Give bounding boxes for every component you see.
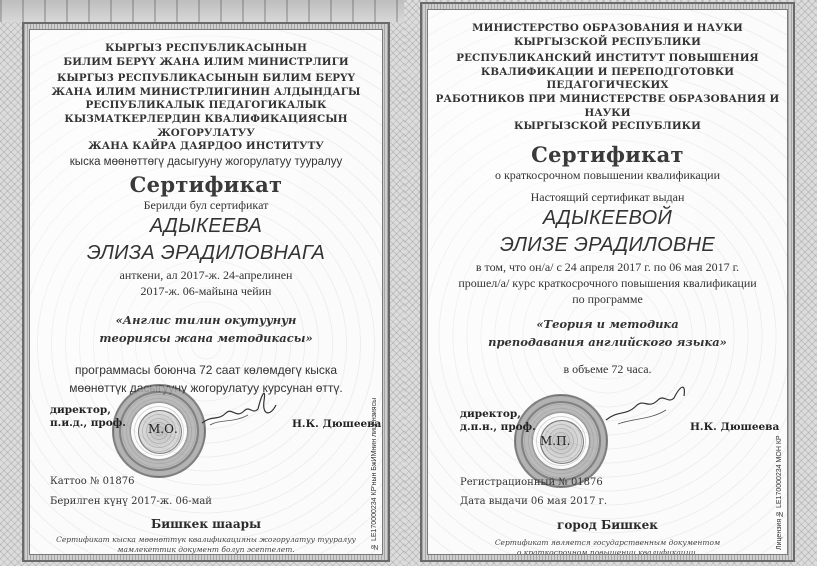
- stamp-label: М.П.: [540, 434, 570, 448]
- institute-header: РЕСПУБЛИКАНСКИЙ ИНСТИТУТ ПОВЫШЕНИЯ КВАЛИ…: [428, 52, 787, 134]
- course-line: прошел/а/ курс краткосрочного повышения …: [428, 275, 787, 291]
- certificate-body: КЫРГЫЗ РЕСПУБЛИКАСЫНЫН БИЛИМ БЕРҮҮ ЖАНА …: [29, 29, 383, 555]
- signature-icon: [604, 380, 694, 430]
- course-volume: в объеме 72 часа.: [428, 361, 787, 377]
- issued-to-label: Настоящий сертификат выдан: [428, 189, 787, 205]
- header-line: КЫРГЫЗСКОЙ РЕСПУБЛИКИ: [428, 36, 787, 50]
- period-end: 2017-ж. 06-майына чейин: [30, 283, 382, 299]
- issue-date: Дата выдачи 06 мая 2017 г.: [460, 496, 607, 507]
- certificate-russian: МИНИСТЕРСТВО ОБРАЗОВАНИЯ И НАУКИ КЫРГЫЗС…: [404, 0, 817, 566]
- footnote-line: о краткосрочном повышении квалификации.: [428, 548, 787, 555]
- institute-line: РАБОТНИКОВ ПРИ МИНИСТЕРСТВЕ ОБРАЗОВАНИЯ …: [428, 93, 787, 120]
- signatory-name: Н.К. Дюшеева: [292, 418, 381, 431]
- footnote-line: Сертификат кыска мөөнөттүк квалификациян…: [30, 535, 382, 545]
- certificate-kyrgyz: КЫРГЫЗ РЕСПУБЛИКАСЫНЫН БИЛИМ БЕРҮҮ ЖАНА …: [0, 0, 404, 566]
- institute-line: ЖАНА КАЙРА ДАЯРДОО ИНСТИТУТУ: [30, 140, 382, 154]
- signatory-title: директор, д.п.н., проф.: [460, 408, 536, 434]
- certificate-subtitle: о краткосрочном повышении квалификации: [428, 167, 787, 183]
- certificate-subtitle: кыска мөөнөттөгү дасыгууну жогорулатуу т…: [30, 156, 382, 168]
- institute-header: КЫРГЫЗ РЕСПУБЛИКАСЫНЫН БИЛИМ БЕРҮҮ ЖАНА …: [30, 72, 382, 154]
- legal-footnote: Сертификат кыска мөөнөттүк квалификациян…: [30, 535, 382, 555]
- certificate-title: Сертификат: [428, 142, 787, 167]
- institute-line: РЕСПУБЛИКАНСКИЙ ИНСТИТУТ ПОВЫШЕНИЯ: [428, 52, 787, 66]
- recipient-given-names: ЭЛИЗА ЭРАДИЛОВНАГА: [30, 240, 382, 267]
- institute-line: КВАЛИФИКАЦИИ И ПЕРЕПОДГОТОВКИ ПЕДАГОГИЧЕ…: [428, 66, 787, 93]
- signatory-position: директор,: [460, 408, 536, 421]
- program-title-line: «Теория и методика: [428, 315, 787, 333]
- certificate-title: Сертификат: [30, 172, 382, 197]
- registration-number: Каттоо № 01876: [50, 476, 134, 487]
- program-title-line: теориясы жана методикасы»: [30, 329, 382, 347]
- footnote-line: Сертификат является государственным доку…: [428, 538, 787, 548]
- ministry-header: МИНИСТЕРСТВО ОБРАЗОВАНИЯ И НАУКИ КЫРГЫЗС…: [428, 22, 787, 49]
- institute-line: ЖАНА ИЛИМ МИНИСТРЛИГИНИН АЛДЫНДАГЫ: [30, 86, 382, 100]
- recipient-surname: АДЫКЕЕВА: [30, 213, 382, 240]
- license-number: Лицензия № LE170000234 МОН КР: [776, 420, 783, 550]
- program-title-line: «Англис тилин окутуунун: [30, 311, 382, 329]
- program-intro: по программе: [428, 291, 787, 307]
- license-number: № LE170000234 КР'нын БжИМнин лицензиясы: [371, 420, 378, 550]
- legal-footnote: Сертификат является государственным доку…: [428, 538, 787, 555]
- header-line: БИЛИМ БЕРҮҮ ЖАНА ИЛИМ МИНИСТРЛИГИ: [30, 56, 382, 70]
- institute-line: РЕСПУБЛИКАЛЫК ПЕДАГОГИКАЛЫК: [30, 99, 382, 113]
- institute-line: КЫРГЫЗСКОЙ РЕСПУБЛИКИ: [428, 120, 787, 134]
- signatory-title: директор, п.и.д., проф.: [50, 404, 126, 430]
- recipient-surname: АДЫКЕЕВОЙ: [428, 205, 787, 232]
- city-name: город Бишкек: [428, 518, 787, 532]
- signatory-name: Н.К. Дюшеева: [690, 421, 779, 434]
- ministry-header: КЫРГЫЗ РЕСПУБЛИКАСЫНЫН БИЛИМ БЕРҮҮ ЖАНА …: [30, 42, 382, 69]
- completion-line: программасы боюнча 72 саат көлөмдөгү кыс…: [30, 361, 382, 379]
- header-line: МИНИСТЕРСТВО ОБРАЗОВАНИЯ И НАУКИ: [428, 22, 787, 36]
- issue-date: Берилген күнү 2017-ж. 06-май: [50, 496, 212, 507]
- signature-icon: [200, 385, 280, 435]
- registration-number: Регистрационный № 01876: [460, 477, 603, 488]
- period-start: анткени, ал 2017-ж. 24-апрелинен: [30, 267, 382, 283]
- certificate-body: МИНИСТЕРСТВО ОБРАЗОВАНИЯ И НАУКИ КЫРГЫЗС…: [427, 9, 788, 555]
- program-title-line: преподавания английского языка»: [428, 333, 787, 351]
- recipient-given-names: ЭЛИЗЕ ЭРАДИЛОВНЕ: [428, 232, 787, 259]
- issued-to-label: Берилди бул сертификат: [30, 197, 382, 213]
- institute-line: КЫЗМАТКЕРЛЕРДИН КВАЛИФИКАЦИЯСЫН ЖОГОРУЛА…: [30, 113, 382, 140]
- footnote-line: мамлекеттик документ болуп эсептелет.: [30, 545, 382, 555]
- institute-line: КЫРГЫЗ РЕСПУБЛИКАСЫНЫН БИЛИМ БЕРҮҮ: [30, 72, 382, 86]
- header-line: КЫРГЫЗ РЕСПУБЛИКАСЫНЫН: [30, 42, 382, 56]
- ornamental-frame: КЫРГЫЗ РЕСПУБЛИКАСЫНЫН БИЛИМ БЕРҮҮ ЖАНА …: [22, 22, 390, 562]
- signatory-position: директор,: [50, 404, 126, 417]
- signatory-degree: п.и.д., проф.: [50, 417, 126, 430]
- top-border-ornament: [0, 0, 404, 22]
- signatory-degree: д.п.н., проф.: [460, 421, 536, 434]
- stamp-label: М.О.: [148, 422, 178, 436]
- period-line: в том, что он/а/ с 24 апреля 2017 г. по …: [428, 259, 787, 275]
- ornamental-frame: МИНИСТЕРСТВО ОБРАЗОВАНИЯ И НАУКИ КЫРГЫЗС…: [420, 2, 795, 562]
- city-name: Бишкек шаары: [30, 517, 382, 531]
